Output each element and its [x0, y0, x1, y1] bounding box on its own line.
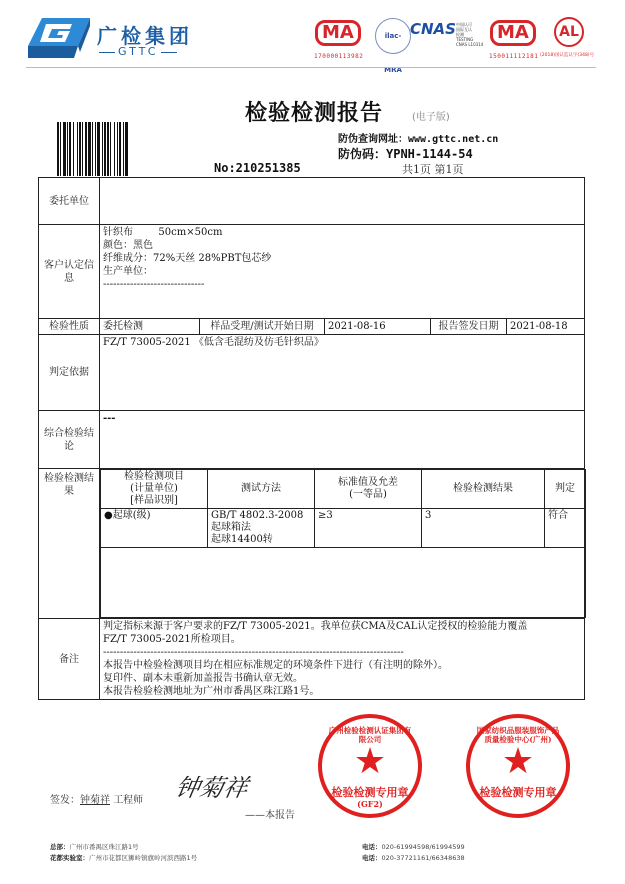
- results-header-row: 检验检测项目 (计量单位) [样品识别] 测试方法 标准值及允差 (一等品) 检…: [101, 470, 586, 509]
- cma-1-icon: MA: [315, 20, 361, 46]
- conclusion-value: ---: [100, 411, 585, 469]
- cma-2-number: 150011112181: [489, 53, 538, 60]
- header-method: 测试方法: [208, 470, 315, 509]
- row-method: GB/T 4802.3-2008 起球箱法 起球14400转: [208, 509, 315, 548]
- inspection-type-row: 检验性质 委托检测 样品受理/测试开始日期 2021-08-16 报告签发日期 …: [39, 319, 585, 335]
- basis-row: 判定依据 FZ/T 73005-2021 《低含毛混纺及仿毛针织品》: [39, 335, 585, 411]
- footer-addresses: 总部：广州市番禺区珠江路1号 花都实验室：广州市花都区狮岭镇旗岭河滨西路1号: [50, 842, 197, 864]
- seal-gttc: 广州检验检测认证集团有限公司 ★ 检验检测专用章 (GF2): [318, 714, 422, 818]
- inspection-type-label: 检验性质: [39, 319, 100, 335]
- report-subtitle: (电子版): [412, 108, 450, 123]
- remarks-row: 备注 判定指标来源于客户要求的FZ/T 73005-2021。我单位获CMA及C…: [39, 619, 585, 700]
- results-label: 检验检测结果: [39, 469, 100, 619]
- report-tail-text: ——本报告: [245, 806, 295, 821]
- gttc-logo-icon: [28, 18, 90, 58]
- company-name-en: GTTC: [96, 45, 180, 58]
- remarks-label: 备注: [39, 619, 100, 700]
- report-table: 委托单位 客户认定信息 针织布 50cm×50cm 颜色：黑色 纤维成分：72%…: [38, 177, 585, 700]
- remarks-top: 判定指标来源于客户要求的FZ/T 73005-2021。我单位获CMA及CAL认…: [103, 620, 581, 646]
- table-row: ●起球(级) GB/T 4802.3-2008 起球箱法 起球14400转 ≥3…: [101, 509, 586, 548]
- row-standard: ≥3: [315, 509, 422, 548]
- signer-title: 工程师: [113, 795, 143, 806]
- results-table: 检验检测项目 (计量单位) [样品识别] 测试方法 标准值及允差 (一等品) 检…: [100, 469, 586, 618]
- client-label: 委托单位: [39, 178, 100, 225]
- header-item: 检验检测项目 (计量单位) [样品识别]: [101, 470, 208, 509]
- header-result: 检验检测结果: [422, 470, 545, 509]
- client-value: [100, 178, 585, 225]
- seal-national-center: 国家纺织品服装服饰产品质量检验中心(广州) ★ 检验检测专用章: [466, 714, 570, 818]
- cal-icon: AL: [554, 17, 584, 47]
- remarks-bottom: 本报告中检验检测项目均在相应标准规定的环境条件下进行（有注明的除外）。 复印件、…: [103, 659, 581, 698]
- customer-info-value: 针织布 50cm×50cm 颜色：黑色 纤维成分：72%天丝 28%PBT包芯纱…: [100, 225, 585, 319]
- client-row: 委托单位: [39, 178, 585, 225]
- star-icon: ★: [322, 744, 418, 780]
- signer-name: 钟菊祥: [80, 795, 110, 806]
- signer: 签发：钟菊祥 工程师: [50, 791, 143, 806]
- anti-fake-url: 防伪查询网址：www.gttc.net.cn: [338, 130, 498, 145]
- results-cell: 检验检测项目 (计量单位) [样品识别] 测试方法 标准值及允差 (一等品) 检…: [100, 469, 585, 619]
- cma-badge-2: MA: [490, 20, 536, 46]
- page-info: 共1页 第1页: [402, 161, 464, 177]
- remarks-divider: ----------------------------------------…: [103, 646, 581, 659]
- row-item: ●起球(级): [101, 509, 208, 548]
- anti-fake-code: 防伪码：YPNH-1144-54: [338, 145, 473, 162]
- customer-info-row: 客户认定信息 针织布 50cm×50cm 颜色：黑色 纤维成分：72%天丝 28…: [39, 225, 585, 319]
- star-icon: ★: [470, 744, 566, 780]
- basis-label: 判定依据: [39, 335, 100, 411]
- inspection-type-value: 委托检测: [100, 319, 200, 335]
- sample-date-value: 2021-08-16: [325, 319, 431, 335]
- report-title: 检验检测报告: [245, 96, 383, 127]
- sample-date-label: 样品受理/测试开始日期: [200, 319, 325, 335]
- header-divider: [26, 67, 596, 68]
- cma-badge-1: MA: [315, 20, 361, 46]
- ilac-mra-icon: ilac-MRA: [375, 18, 411, 54]
- cma-1-number: 170000113982: [314, 53, 363, 60]
- customer-info-label: 客户认定信息: [39, 225, 100, 319]
- basis-value: FZ/T 73005-2021 《低含毛混纺及仿毛针织品》: [100, 335, 585, 411]
- report-number: No:210251385: [214, 161, 301, 175]
- cma-2-icon: MA: [490, 20, 536, 46]
- cal-number: (2018)国认监认字(348)号: [540, 52, 594, 58]
- barcode: [57, 122, 209, 176]
- row-result: 3: [422, 509, 545, 548]
- results-empty-row: [101, 548, 586, 618]
- conclusion-label: 综合检验结论: [39, 411, 100, 469]
- issue-date-label: 报告签发日期: [431, 319, 507, 335]
- header-judgement: 判定: [545, 470, 586, 509]
- cnas-logo: CNAS: [410, 20, 456, 38]
- cnas-side-text: 中国认可 国际互认 检测 TESTING CNAS L10314: [456, 22, 483, 47]
- row-judgement: 符合: [545, 509, 586, 548]
- conclusion-row: 综合检验结论 ---: [39, 411, 585, 469]
- results-row: 检验检测结果 检验检测项目 (计量单位) [样品识别] 测试方法 标准值及允差 …: [39, 469, 585, 619]
- header-standard: 标准值及允差 (一等品): [315, 470, 422, 509]
- footer-phones: 电话：020-61994598/61994599 电话：020-37721161…: [362, 842, 465, 864]
- handwritten-signature: 钟菊祥: [173, 768, 251, 803]
- remarks-value: 判定指标来源于客户要求的FZ/T 73005-2021。我单位获CMA及CAL认…: [100, 619, 585, 700]
- issue-date-value: 2021-08-18: [507, 319, 585, 335]
